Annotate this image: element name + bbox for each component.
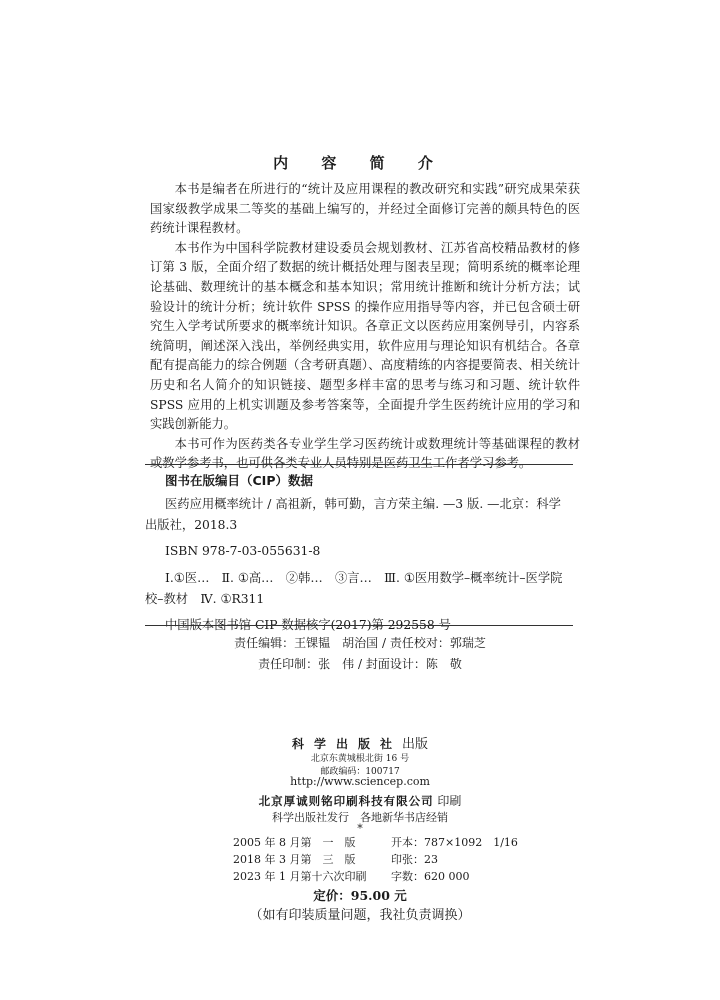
publisher-name: 科学出版社: [292, 737, 402, 751]
staff-line-editors: 责任编辑：王锞韫 胡治国 / 责任校对：郭瑞芝: [0, 633, 720, 654]
edition-spec: 字数：620 000: [391, 870, 470, 883]
summary-paragraph: 本书是编者在所进行的“统计及应用课程的教改研究和实践”研究成果荣获国家级教学成果…: [150, 180, 580, 239]
edition-date: 2018 年 3 月第 三 版: [233, 851, 391, 867]
edition-spec: 印张：23: [391, 853, 438, 866]
staff-credits: 责任编辑：王锞韫 胡治国 / 责任校对：郭瑞芝 责任印制：张 伟 / 封面设计：…: [0, 633, 720, 675]
cip-top-rule: [145, 464, 573, 465]
edition-row: 2023 年 1 月第十六次印刷字数：620 000: [233, 868, 470, 884]
publisher-website: http://www.sciencep.com: [0, 775, 720, 788]
summary-body: 本书是编者在所进行的“统计及应用课程的教改研究和实践”研究成果荣获国家级教学成果…: [150, 180, 580, 474]
cip-isbn: ISBN 978-7-03-055631-8: [145, 540, 573, 562]
edition-row: 2018 年 3 月第 三 版印张：23: [233, 851, 438, 867]
summary-title: 内 容 简 介: [0, 152, 720, 173]
cip-bottom-rule: [145, 625, 573, 626]
publisher-address: 北京东黄城根北街 16 号: [0, 751, 720, 764]
cip-block: 图书在版编目（CIP）数据 医药应用概率统计 / 高祖新，韩可勤，言方荣主编. …: [145, 470, 573, 636]
publisher-line: 科学出版社出版: [0, 733, 720, 752]
cip-record: 医药应用概率统计 / 高祖新，韩可勤，言方荣主编. —3 版. —北京：科学出版…: [145, 494, 573, 536]
staff-line-production: 责任印制：张 伟 / 封面设计：陈 敬: [0, 654, 720, 675]
edition-spec: 开本：787×1092 1/16: [391, 836, 518, 849]
printer-suffix: 印刷: [437, 794, 461, 808]
edition-row: 2005 年 8 月第 一 版开本：787×1092 1/16: [233, 834, 518, 850]
publisher-suffix: 出版: [402, 737, 428, 752]
cip-heading: 图书在版编目（CIP）数据: [145, 470, 573, 492]
edition-date: 2005 年 8 月第 一 版: [233, 834, 391, 850]
summary-paragraph: 本书作为中国科学院教材建设委员会规划教材、江苏省高校精品教材的修订第 3 版，全…: [150, 239, 580, 435]
printer-line: 北京厚诚则铭印刷科技有限公司 印刷: [0, 792, 720, 809]
price: 定价：95.00 元: [0, 886, 720, 904]
printer-name: 北京厚诚则铭印刷科技有限公司: [259, 794, 434, 808]
quality-note: （如有印装质量问题，我社负责调换）: [0, 904, 720, 923]
cip-classification: Ⅰ.①医… Ⅱ. ①高… ②韩… ③言… Ⅲ. ①医用数学–概率统计–医学院校–…: [145, 568, 573, 610]
edition-date: 2023 年 1 月第十六次印刷: [233, 868, 391, 884]
summary-paragraph: 本书可作为医药类各专业学生学习医药统计或数理统计等基础课程的教材或教学参考书，也…: [150, 435, 580, 474]
